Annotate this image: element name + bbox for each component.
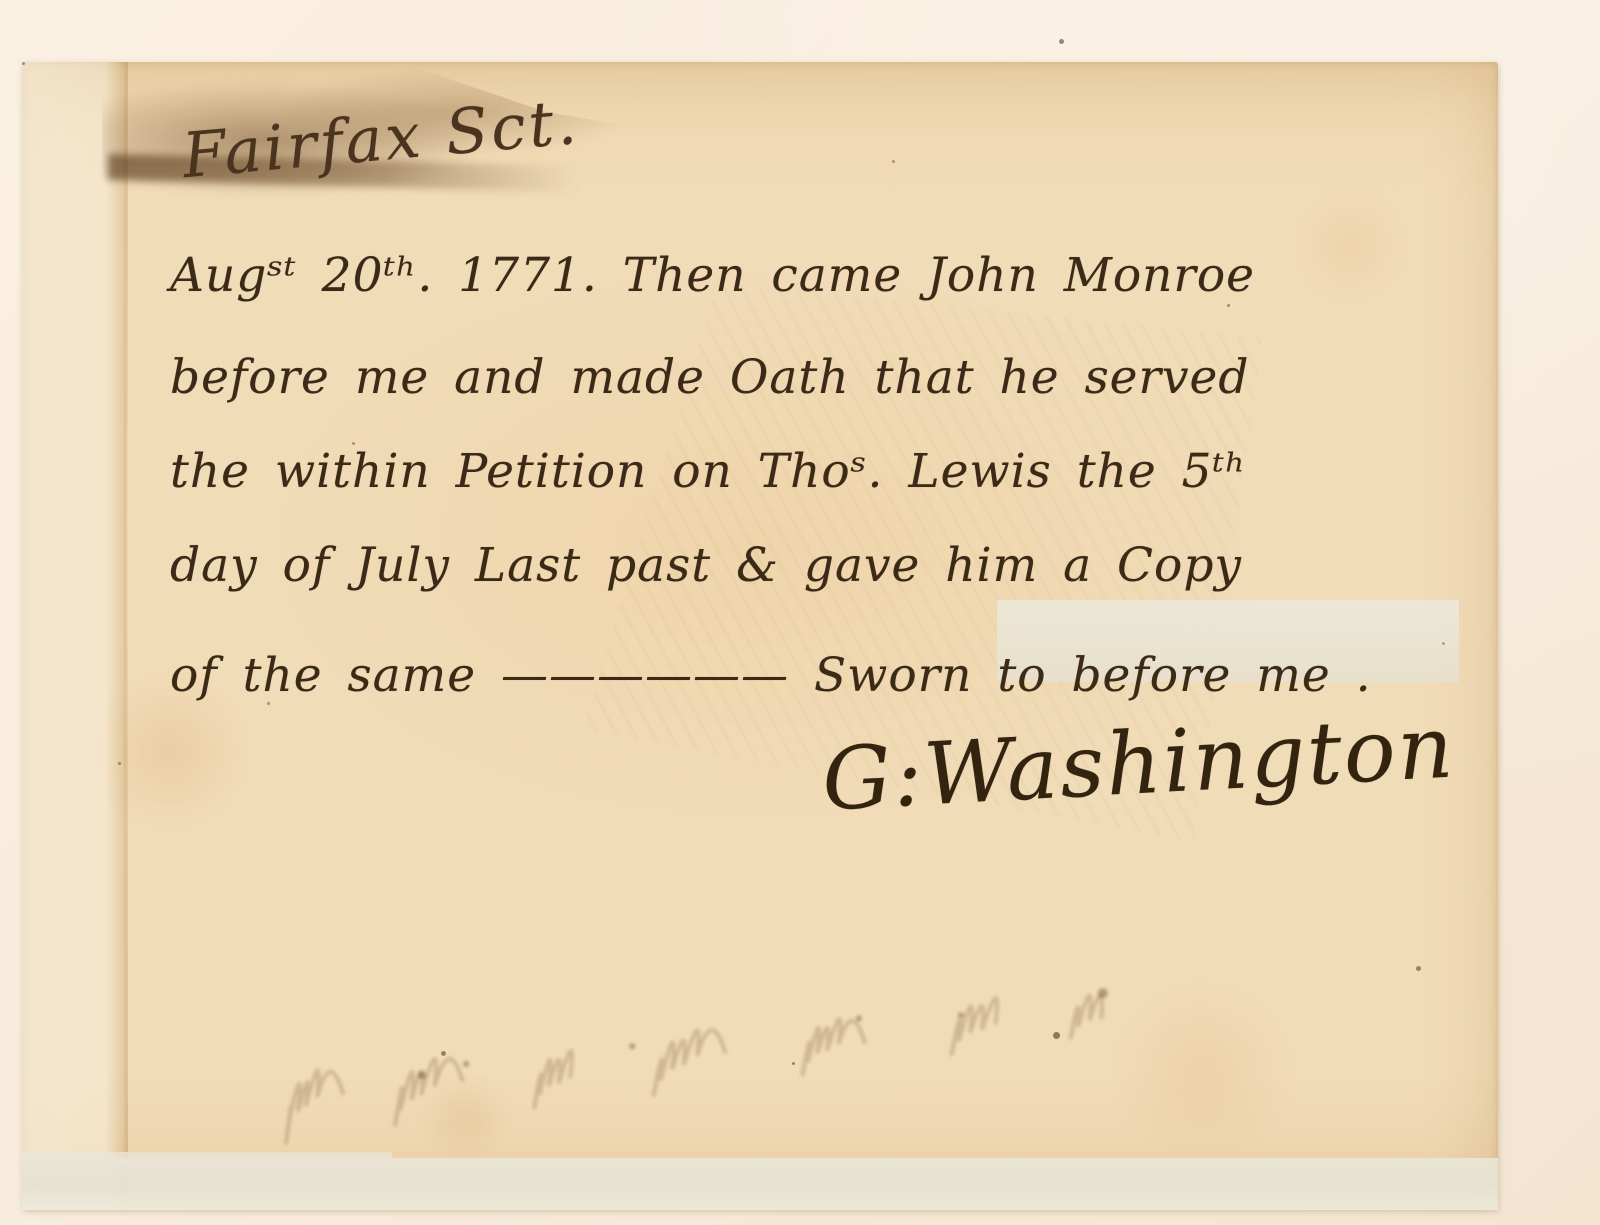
scan-canvas: { "document": { "header_line": "Fairfax … [0,0,1600,1225]
vertical-crease [126,62,128,1210]
manuscript-line-1: Augˢᵗ 20ᵗʰ. 1771. Then came John Monroe [170,248,1255,303]
manuscript-line-2: before me and made Oath that he served [170,350,1249,405]
foxing-specks [22,62,25,65]
manuscript-line-4: day of July Last past & gave him a Copy [170,538,1242,593]
manuscript-line-3: the within Petition on Thoˢ. Lewis the 5… [170,444,1246,499]
manuscript-line-5: of the same —————— Sworn to before me . [170,648,1372,703]
manuscript-document: Fairfax Sct. Augˢᵗ 20ᵗʰ. 1771. Then came… [22,62,1498,1210]
left-mounting-strip [22,62,126,1210]
bottom-tape-strip [22,1158,1498,1210]
